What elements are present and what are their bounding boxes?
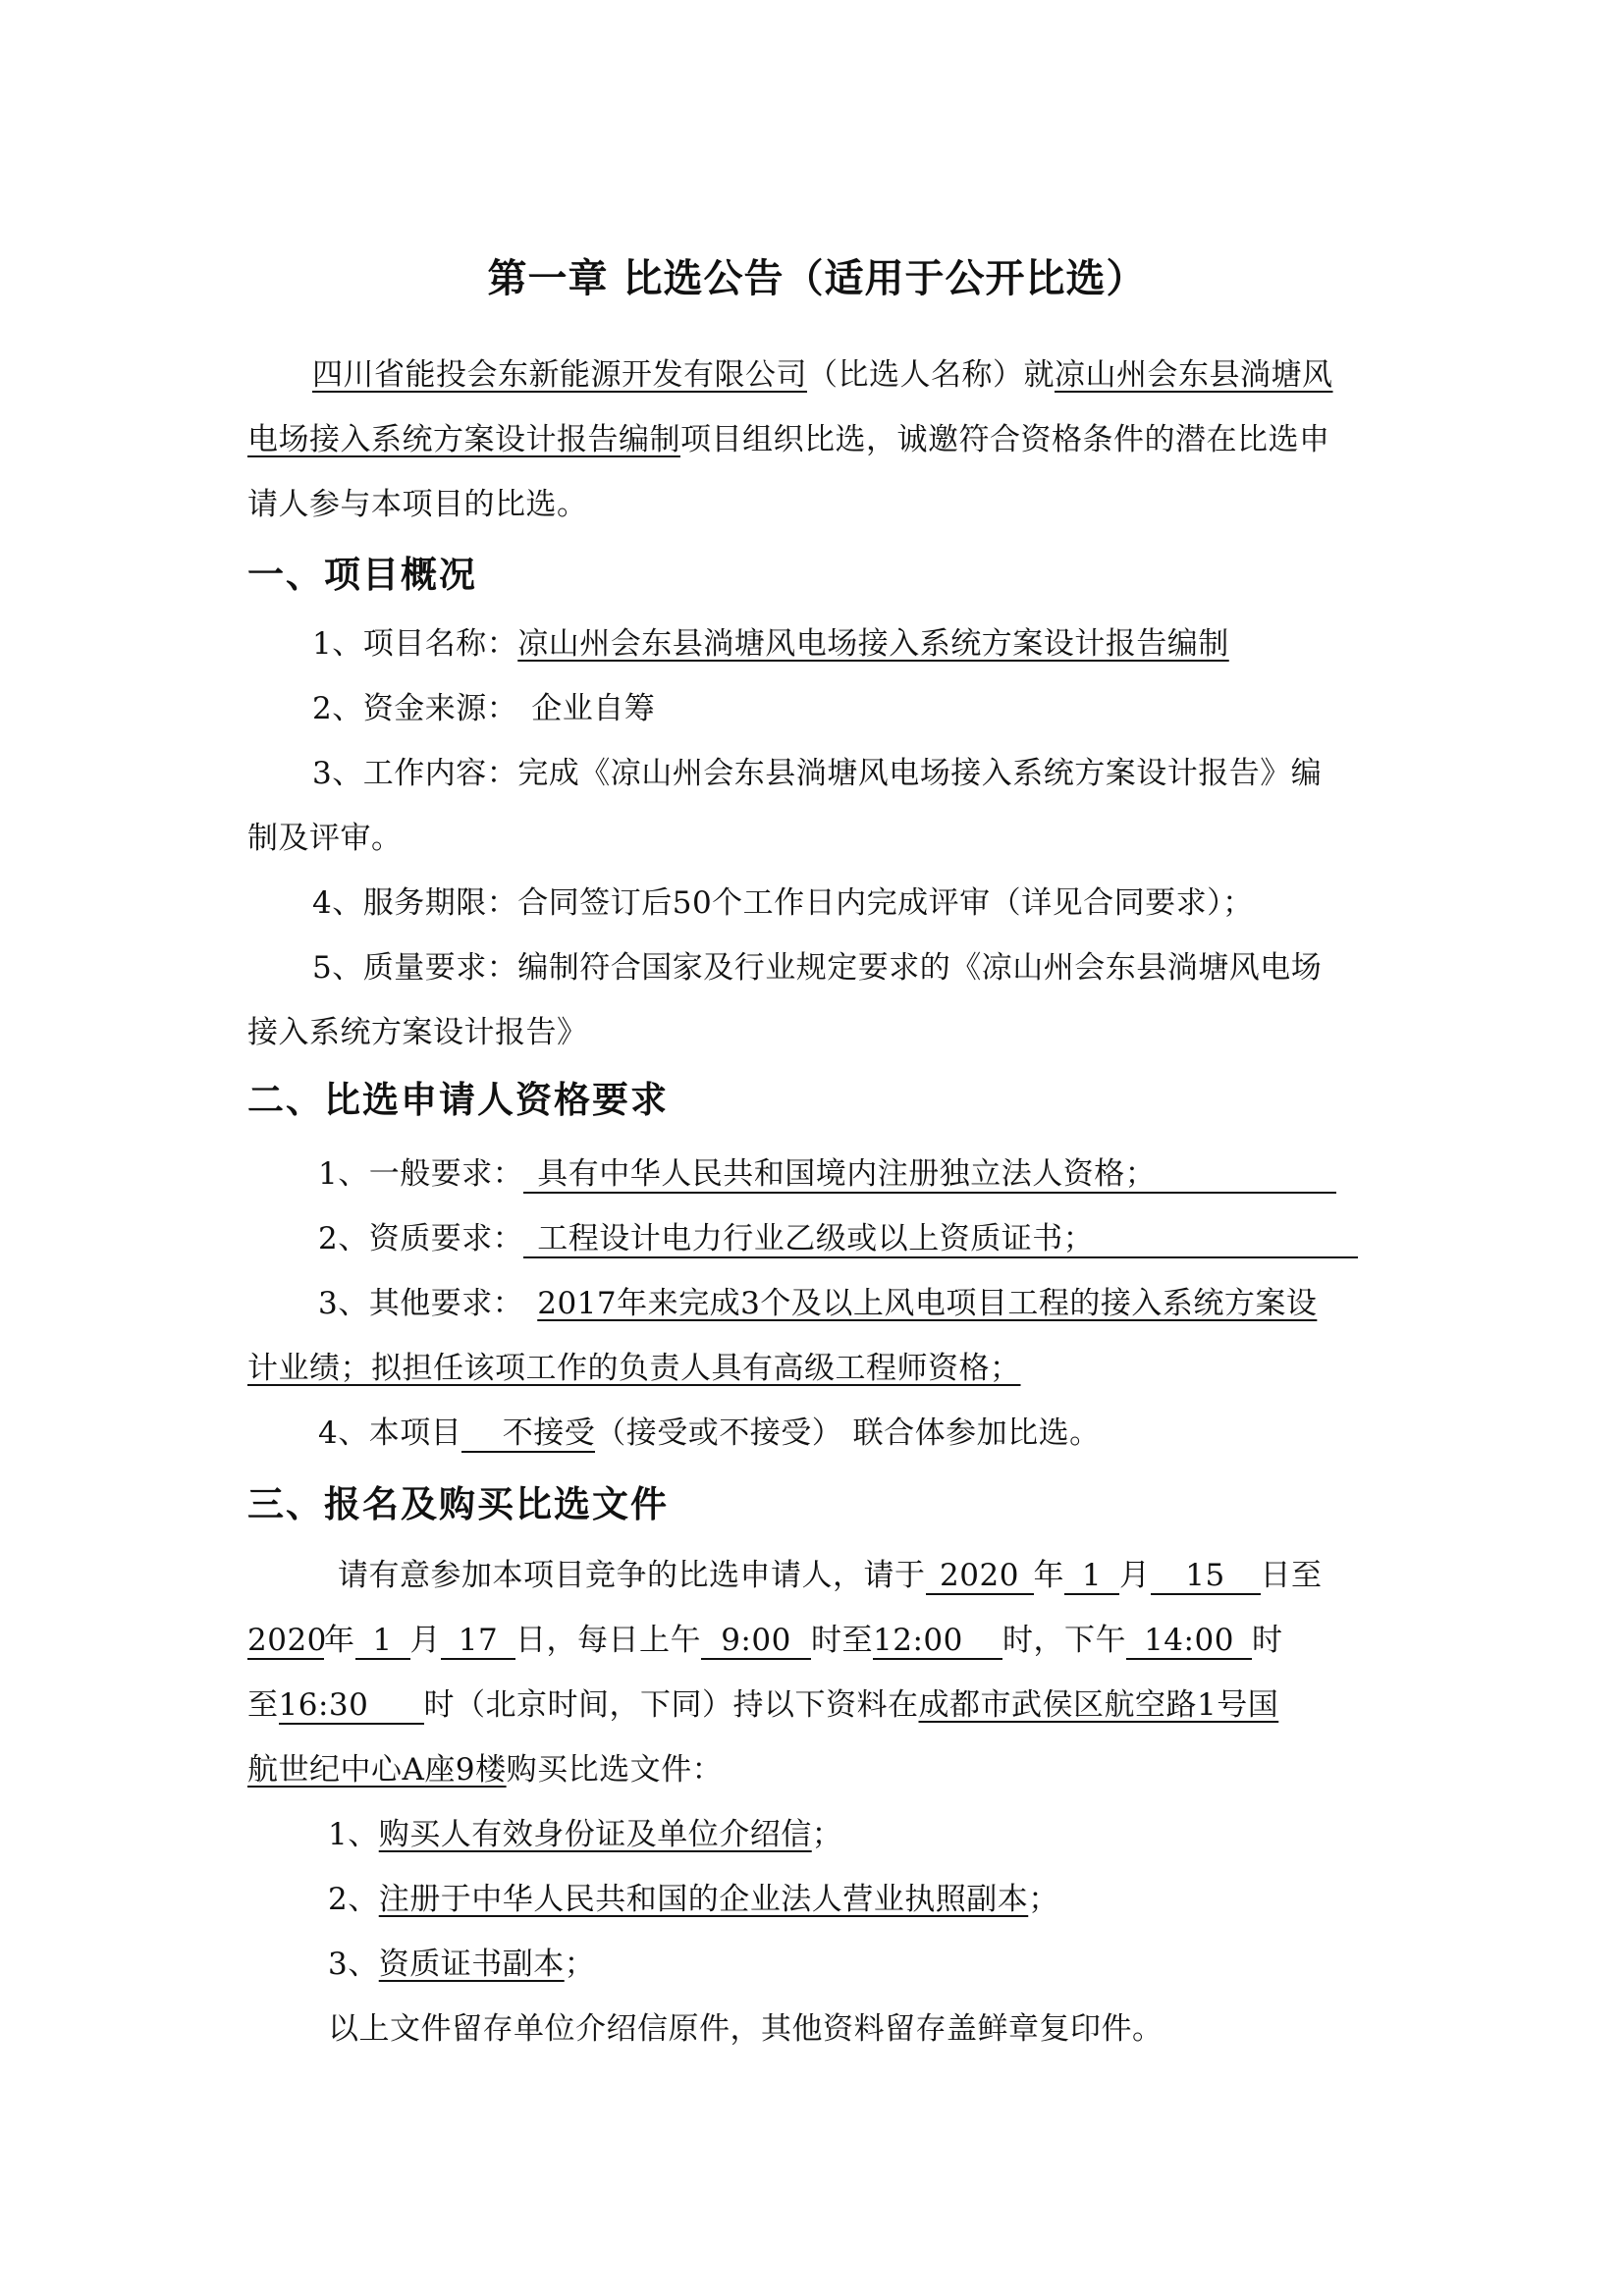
closing-note: 以上文件留存单位介绍信原件，其他资料留存盖鲜章复印件。 — [328, 2009, 1164, 2049]
registration-line-3: 至16:30时（北京时间，下同）持以下资料在成都市武侯区航空路1号国 — [247, 1685, 1278, 1725]
id-letter-requirement: 购买人有效身份证及单位介绍信 — [379, 1817, 812, 1852]
start-month: 1 — [1064, 1558, 1119, 1595]
section-heading-overview: 一、项目概况 — [247, 545, 477, 598]
service-period-value: 合同签订后50个工作日内完成评审（详见合同要求）； — [517, 885, 1253, 921]
start-year: 2020 — [926, 1558, 1034, 1595]
work-content-value: 完成《凉山州会东县淌塘风电场接入系统方案设计报告》编 — [517, 756, 1322, 791]
item-label: 1、项目名称： — [312, 626, 517, 662]
end-month: 1 — [355, 1623, 410, 1660]
overview-item-2: 2、资金来源：企业自筹 — [312, 689, 655, 728]
overview-item-3-cont: 制及评审。 — [247, 819, 403, 858]
qualification-item-1: 1、一般要求：具有中华人民共和国境内注册独立法人资格； — [318, 1154, 1336, 1194]
item-label: 4、服务期限： — [312, 885, 517, 921]
item-label: 1、一般要求： — [318, 1156, 523, 1192]
overview-item-3: 3、工作内容：完成《凉山州会东县淌塘风电场接入系统方案设计报告》编 — [312, 754, 1322, 793]
year-label: 年 — [324, 1623, 355, 1658]
hour-to-label: 时至 — [811, 1623, 873, 1658]
am-end-time: 12:00 — [873, 1623, 1002, 1660]
qualification-item-3-cont: 计业绩；拟担任该项工作的负责人具有高级工程师资格； — [247, 1349, 1021, 1388]
item-number: 2、 — [328, 1882, 379, 1917]
registration-line-1: 请有意参加本项目竞争的比选申请人，请于2020年1月15日至 — [338, 1556, 1323, 1595]
business-license-requirement: 注册于中华人民共和国的企业法人营业执照副本 — [379, 1882, 1029, 1917]
pm-start-time: 14:00 — [1126, 1623, 1252, 1660]
qualification-item-2: 2、资质要求：工程设计电力行业乙级或以上资质证书； — [318, 1219, 1358, 1258]
purchase-text: 购买比选文件： — [507, 1752, 724, 1788]
section-heading-qualification: 二、比选申请人资格要求 — [247, 1070, 669, 1123]
am-start-time: 9:00 — [701, 1623, 811, 1660]
end-day: 17 — [441, 1623, 515, 1660]
item-end: ； — [812, 1817, 843, 1852]
item-label: 5、质量要求： — [312, 950, 517, 986]
item-end: ； — [1028, 1882, 1059, 1917]
overview-item-4: 4、服务期限：合同签订后50个工作日内完成评审（详见合同要求）； — [312, 883, 1254, 923]
section-heading-registration: 三、报名及购买比选文件 — [247, 1474, 669, 1527]
quality-requirement-value: 编制符合国家及行业规定要求的《凉山州会东县淌塘风电场 — [517, 950, 1322, 986]
item-label: 2、资金来源： — [312, 691, 517, 726]
document-item-3: 3、资质证书副本； — [328, 1945, 595, 1984]
certificate-copy-requirement: 资质证书副本 — [379, 1947, 565, 1982]
registration-text: 请有意参加本项目竞争的比选申请人，请于 — [338, 1558, 926, 1593]
beijing-time-text: 时（北京时间，下同）持以下资料在 — [424, 1687, 919, 1723]
company-note: （比选人名称）就 — [807, 357, 1055, 393]
certificate-requirement-value: 工程设计电力行业乙级或以上资质证书； — [523, 1221, 1358, 1258]
general-requirement-value: 具有中华人民共和国境内注册独立法人资格； — [523, 1156, 1336, 1194]
address-part2: 航世纪中心A座9楼 — [247, 1752, 507, 1788]
intro-line-1: 四川省能投会东新能源开发有限公司（比选人名称）就凉山州会东县淌塘风 — [247, 355, 1386, 395]
item-number: 3、 — [328, 1947, 379, 1982]
registration-line-4: 航世纪中心A座9楼购买比选文件： — [247, 1750, 723, 1789]
day-to-label: 日至 — [1261, 1558, 1323, 1593]
end-year: 2020 — [247, 1623, 324, 1660]
intro-line-2-text: 项目组织比选，诚邀符合资格条件的潜在比选申 — [680, 422, 1330, 457]
overview-item-5: 5、质量要求：编制符合国家及行业规定要求的《凉山州会东县淌塘风电场 — [312, 948, 1322, 988]
consortium-suffix: （接受或不接受） 联合体参加比选。 — [595, 1415, 1100, 1451]
qualification-item-3: 3、其他要求：2017年来完成3个及以上风电项目工程的接入系统方案设 — [318, 1284, 1317, 1323]
consortium-value: 不接受 — [461, 1415, 595, 1453]
qualification-item-4: 4、本项目不接受（接受或不接受） 联合体参加比选。 — [318, 1414, 1101, 1453]
intro-line-2: 电场接入系统方案设计报告编制项目组织比选，诚邀符合资格条件的潜在比选申 — [247, 420, 1330, 459]
chapter-title: 第一章 比选公告（适用于公开比选） — [247, 247, 1386, 303]
project-name-part1: 凉山州会东县淌塘风 — [1055, 357, 1333, 393]
funding-source-value: 企业自筹 — [517, 691, 655, 726]
document-item-1: 1、购买人有效身份证及单位介绍信； — [328, 1815, 842, 1854]
intro-line-3: 请人参与本项目的比选。 — [247, 485, 588, 524]
overview-item-1: 1、项目名称：凉山州会东县淌塘风电场接入系统方案设计报告编制 — [312, 624, 1229, 664]
item-number: 1、 — [328, 1817, 379, 1852]
item-label: 3、其他要求： — [318, 1286, 523, 1321]
registration-line-2: 2020年1月17日，每日上午9:00时至12:00时，下午14:00时 — [247, 1621, 1283, 1660]
item-label: 2、资质要求： — [318, 1221, 523, 1256]
document-item-2: 2、注册于中华人民共和国的企业法人营业执照副本； — [328, 1880, 1059, 1919]
month-label: 月 — [410, 1623, 442, 1658]
address-part1: 成都市武侯区航空路1号国 — [919, 1687, 1279, 1723]
afternoon-label: 时，下午 — [1002, 1623, 1126, 1658]
other-requirement-value: 2017年来完成3个及以上风电项目工程的接入系统方案设 — [523, 1286, 1317, 1321]
start-day: 15 — [1151, 1558, 1261, 1595]
project-name-value: 凉山州会东县淌塘风电场接入系统方案设计报告编制 — [517, 626, 1229, 662]
item-end: ； — [565, 1947, 596, 1982]
bidder-company-name: 四川省能投会东新能源开发有限公司 — [312, 357, 807, 393]
to-label: 至 — [247, 1687, 279, 1723]
other-requirement-cont: 计业绩；拟担任该项工作的负责人具有高级工程师资格； — [247, 1351, 1021, 1386]
month-label: 月 — [1119, 1558, 1151, 1593]
daily-morning-label: 日，每日上午 — [515, 1623, 701, 1658]
year-label: 年 — [1034, 1558, 1065, 1593]
project-name-part2: 电场接入系统方案设计报告编制 — [247, 422, 680, 457]
pm-end-time: 16:30 — [279, 1687, 424, 1725]
item-label: 3、工作内容： — [312, 756, 517, 791]
hour-label: 时 — [1252, 1623, 1283, 1658]
item-label: 4、本项目 — [318, 1415, 461, 1451]
overview-item-5-cont: 接入系统方案设计报告》 — [247, 1013, 588, 1052]
